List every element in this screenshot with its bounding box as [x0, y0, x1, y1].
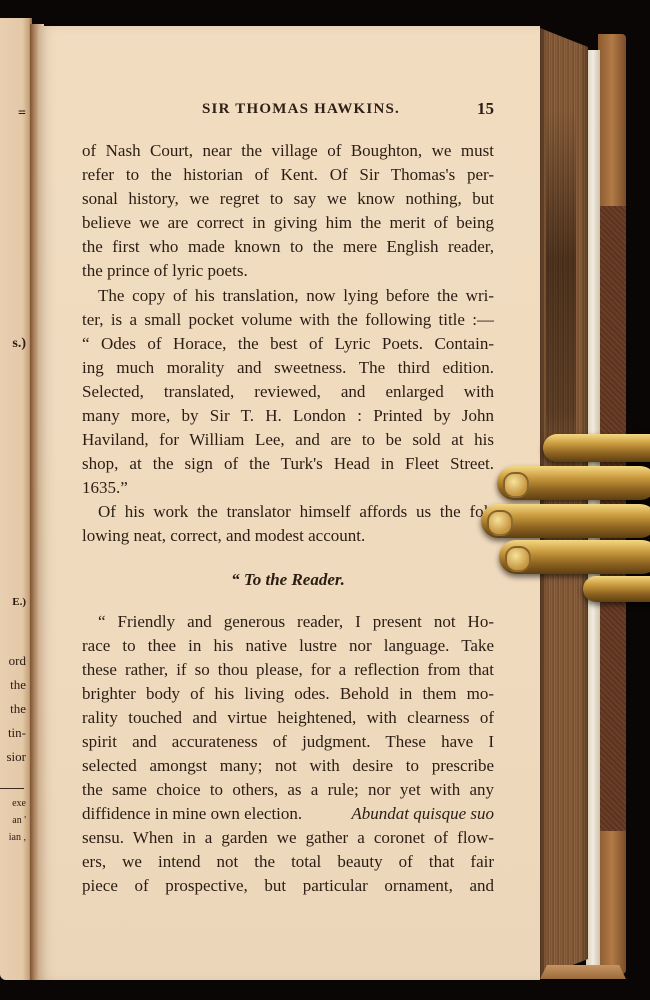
- section-heading: “ To the Reader.: [82, 570, 494, 590]
- left-page-rule: [0, 788, 24, 789]
- page-number: 15: [477, 99, 494, 119]
- left-page-fragment: ord: [0, 653, 32, 669]
- left-page-fragment: E.): [0, 596, 32, 608]
- left-page-fragment: the: [0, 677, 32, 693]
- left-page-footnote-fragment: exe: [0, 798, 32, 809]
- brass-finger: [583, 576, 650, 602]
- left-page-fragment: sior: [0, 749, 32, 765]
- text-line-with-latin: diffidence in mine own election. Abundat…: [82, 802, 494, 826]
- text-line: the prince of lyric poets.: [82, 259, 494, 283]
- cover-turn-in: [540, 965, 626, 979]
- text-line: piece of prospective, but particular orn…: [82, 874, 494, 898]
- text-line: “ Odes of Horace, the best of Lyric Poet…: [82, 332, 494, 356]
- brass-hand-page-weight: [475, 428, 650, 603]
- left-page-fragment: tin-: [0, 725, 32, 741]
- text-line: rality touched and virtue heightened, wi…: [82, 706, 494, 730]
- left-page-edge: = s.) E.) ord the the tin- sior exe an '…: [0, 18, 32, 980]
- text-line: many more, by Sir T. H. London : Printed…: [82, 404, 494, 428]
- text-line: lowing neat, correct, and modest account…: [82, 524, 494, 548]
- text-line: brighter body of his living odes. Behold…: [82, 682, 494, 706]
- left-page-fragment: the: [0, 701, 32, 717]
- left-page-fragment: s.): [0, 336, 32, 352]
- fingernail: [505, 546, 531, 572]
- text-line: 1635.”: [82, 476, 494, 500]
- text-line: spirit and accurateness of judgment. The…: [82, 730, 494, 754]
- text-line: selected amongst many; not with desire t…: [82, 754, 494, 778]
- text-line: Selected, translated, reviewed, and enla…: [82, 380, 494, 404]
- text-line: sensu. When in a garden we gather a coro…: [82, 826, 494, 850]
- text-line: of Nash Court, near the village of Bough…: [82, 139, 494, 163]
- latin-phrase: Abundat quisque suo: [351, 802, 494, 826]
- text-line: sonal history, we regret to say we know …: [82, 187, 494, 211]
- text-line: Of his work the translator himself affor…: [82, 500, 494, 524]
- text-line: Haviland, for William Lee, and are to be…: [82, 428, 494, 452]
- brass-finger: [481, 504, 650, 538]
- text-line: ing much morality and sweetness. The thi…: [82, 356, 494, 380]
- brass-finger: [499, 540, 650, 574]
- left-page-footnote-fragment: an ': [0, 815, 32, 826]
- running-head-title: SIR THOMAS HAWKINS.: [202, 101, 400, 118]
- fingernail: [487, 510, 513, 536]
- text-line: the first who made known to the mere Eng…: [82, 235, 494, 259]
- left-page-footnote-fragment: ian ,: [0, 832, 32, 843]
- brass-finger: [543, 434, 650, 462]
- text-line: race to thee in his native lustre nor la…: [82, 634, 494, 658]
- text-fragment: diffidence in mine own election.: [82, 804, 302, 823]
- text-line: The copy of his translation, now lying b…: [82, 284, 494, 308]
- text-line: refer to the historian of Kent. Of Sir T…: [82, 163, 494, 187]
- text-line: shop, at the sign of the Turk's Head in …: [82, 452, 494, 476]
- left-page-fragment: =: [0, 106, 32, 122]
- running-head: SIR THOMAS HAWKINS. 15: [82, 101, 494, 123]
- brass-finger: [497, 466, 650, 500]
- text-line: ers, we intend not the total beauty of t…: [82, 850, 494, 874]
- text-line: “ Friendly and generous reader, I presen…: [82, 610, 494, 634]
- text-line: the same choice to others, as a rule; no…: [82, 778, 494, 802]
- text-line: believe we are correct in giving him the…: [82, 211, 494, 235]
- fingernail: [503, 472, 529, 498]
- text-line: these rather, if so thou please, for a r…: [82, 658, 494, 682]
- text-line: ter, is a small pocket volume with the f…: [82, 308, 494, 332]
